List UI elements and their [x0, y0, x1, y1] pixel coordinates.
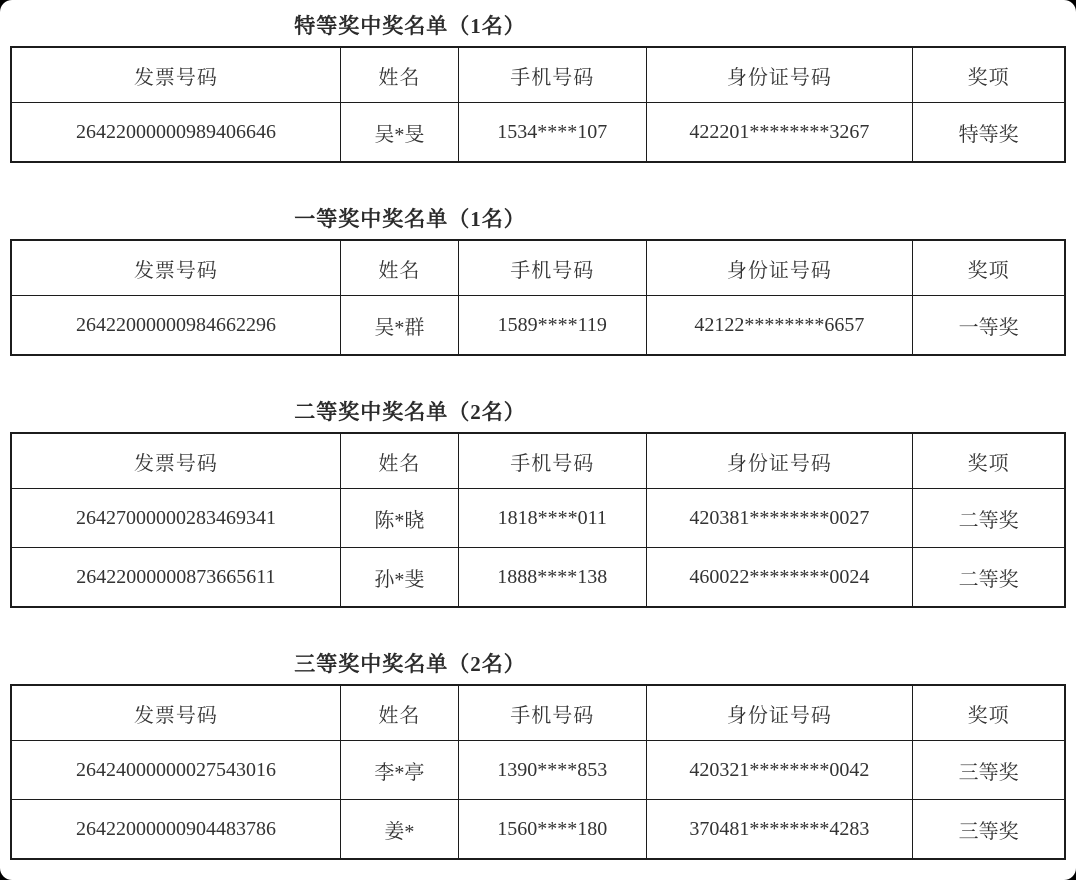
header-phone-number: 手机号码 — [458, 433, 646, 489]
table-row: 26427000000283469341 陈*晓 1818****011 420… — [11, 489, 1065, 548]
header-prize: 奖项 — [913, 433, 1065, 489]
cell-phone-number: 1390****853 — [458, 741, 646, 800]
header-id-number: 身份证号码 — [646, 47, 913, 103]
cell-invoice-number: 26422000000984662296 — [11, 296, 340, 356]
cell-prize: 三等奖 — [913, 741, 1065, 800]
winners-table-third: 发票号码 姓名 手机号码 身份证号码 奖项 264240000000275430… — [10, 684, 1066, 860]
section-title: 特等奖中奖名单（1名） — [10, 12, 810, 40]
cell-name: 吴*群 — [340, 296, 458, 356]
cell-prize: 二等奖 — [913, 548, 1065, 608]
cell-invoice-number: 26422000000989406646 — [11, 103, 340, 163]
cell-id-number: 460022********0024 — [646, 548, 913, 608]
header-phone-number: 手机号码 — [458, 47, 646, 103]
cell-phone-number: 1589****119 — [458, 296, 646, 356]
table-row: 26422000000989406646 吴*旻 1534****107 422… — [11, 103, 1065, 163]
cell-prize: 一等奖 — [913, 296, 1065, 356]
section-second-prize: 二等奖中奖名单（2名） 发票号码 姓名 手机号码 身份证号码 奖项 264270… — [10, 398, 1066, 608]
cell-name: 吴*旻 — [340, 103, 458, 163]
cell-id-number: 420381********0027 — [646, 489, 913, 548]
cell-id-number: 42122********6657 — [646, 296, 913, 356]
table-header-row: 发票号码 姓名 手机号码 身份证号码 奖项 — [11, 685, 1065, 741]
section-first-prize: 一等奖中奖名单（1名） 发票号码 姓名 手机号码 身份证号码 奖项 264220… — [10, 205, 1066, 356]
cell-name: 李*亭 — [340, 741, 458, 800]
header-prize: 奖项 — [913, 240, 1065, 296]
section-third-prize: 三等奖中奖名单（2名） 发票号码 姓名 手机号码 身份证号码 奖项 264240… — [10, 650, 1066, 860]
header-prize: 奖项 — [913, 685, 1065, 741]
header-name: 姓名 — [340, 685, 458, 741]
header-name: 姓名 — [340, 433, 458, 489]
section-title: 一等奖中奖名单（1名） — [10, 205, 810, 233]
header-phone-number: 手机号码 — [458, 240, 646, 296]
table-header-row: 发票号码 姓名 手机号码 身份证号码 奖项 — [11, 240, 1065, 296]
header-name: 姓名 — [340, 240, 458, 296]
cell-name: 陈*晓 — [340, 489, 458, 548]
header-id-number: 身份证号码 — [646, 240, 913, 296]
winners-table-second: 发票号码 姓名 手机号码 身份证号码 奖项 264270000002834693… — [10, 432, 1066, 608]
winners-table-special: 发票号码 姓名 手机号码 身份证号码 奖项 264220000009894066… — [10, 46, 1066, 163]
cell-id-number: 420321********0042 — [646, 741, 913, 800]
cell-prize: 特等奖 — [913, 103, 1065, 163]
cell-invoice-number: 26422000000904483786 — [11, 800, 340, 860]
header-name: 姓名 — [340, 47, 458, 103]
table-row: 26422000000873665611 孙*斐 1888****138 460… — [11, 548, 1065, 608]
header-invoice-number: 发票号码 — [11, 240, 340, 296]
header-invoice-number: 发票号码 — [11, 685, 340, 741]
header-invoice-number: 发票号码 — [11, 433, 340, 489]
cell-name: 孙*斐 — [340, 548, 458, 608]
section-title: 三等奖中奖名单（2名） — [10, 650, 810, 678]
cell-phone-number: 1888****138 — [458, 548, 646, 608]
header-id-number: 身份证号码 — [646, 433, 913, 489]
table-header-row: 发票号码 姓名 手机号码 身份证号码 奖项 — [11, 433, 1065, 489]
header-prize: 奖项 — [913, 47, 1065, 103]
cell-prize: 二等奖 — [913, 489, 1065, 548]
header-invoice-number: 发票号码 — [11, 47, 340, 103]
cell-id-number: 422201********3267 — [646, 103, 913, 163]
cell-phone-number: 1818****011 — [458, 489, 646, 548]
cell-prize: 三等奖 — [913, 800, 1065, 860]
cell-invoice-number: 26427000000283469341 — [11, 489, 340, 548]
cell-id-number: 370481********4283 — [646, 800, 913, 860]
header-phone-number: 手机号码 — [458, 685, 646, 741]
table-row: 26422000000904483786 姜* 1560****180 3704… — [11, 800, 1065, 860]
section-title: 二等奖中奖名单（2名） — [10, 398, 810, 426]
table-row: 26422000000984662296 吴*群 1589****119 421… — [11, 296, 1065, 356]
winner-announcement-page: 特等奖中奖名单（1名） 发票号码 姓名 手机号码 身份证号码 奖项 264220… — [0, 0, 1076, 880]
table-row: 26424000000027543016 李*亭 1390****853 420… — [11, 741, 1065, 800]
section-special-prize: 特等奖中奖名单（1名） 发票号码 姓名 手机号码 身份证号码 奖项 264220… — [10, 12, 1066, 163]
cell-name: 姜* — [340, 800, 458, 860]
table-header-row: 发票号码 姓名 手机号码 身份证号码 奖项 — [11, 47, 1065, 103]
cell-phone-number: 1560****180 — [458, 800, 646, 860]
winners-table-first: 发票号码 姓名 手机号码 身份证号码 奖项 264220000009846622… — [10, 239, 1066, 356]
cell-invoice-number: 26422000000873665611 — [11, 548, 340, 608]
header-id-number: 身份证号码 — [646, 685, 913, 741]
cell-invoice-number: 26424000000027543016 — [11, 741, 340, 800]
cell-phone-number: 1534****107 — [458, 103, 646, 163]
